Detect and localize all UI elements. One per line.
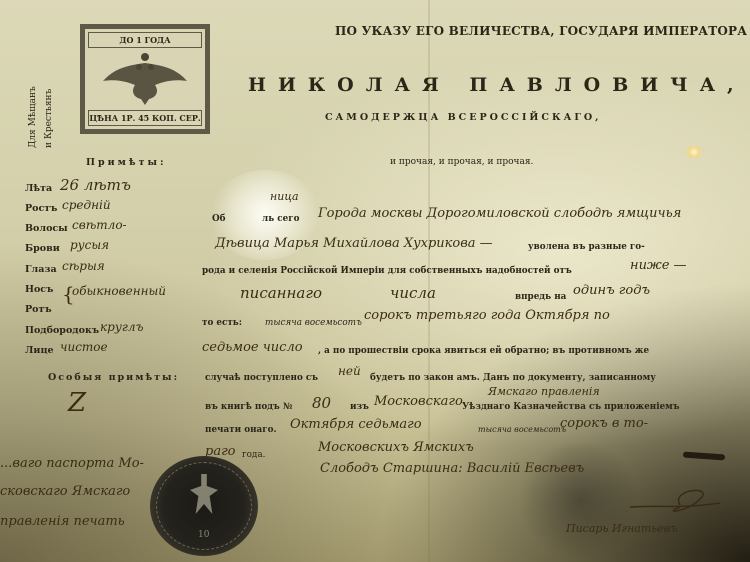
sign-value-age: 26 лѣтъ <box>60 176 131 194</box>
body-print-8c: Уѣзднаго Казначейства съ приложеніемъ <box>462 402 680 412</box>
light-reflection <box>686 146 702 158</box>
body-hand-above-1: ница <box>270 190 299 203</box>
sign-label-face: Лице <box>25 345 54 356</box>
sign-value-face: чистое <box>60 340 108 354</box>
sign-value-hair: свѣтло- <box>72 218 127 232</box>
body-print-1b: ль сего <box>262 214 299 224</box>
body-print-5b: тысяча восемьсотъ <box>265 318 362 328</box>
side-vertical-text: Для Мѣщанъ и Крестьянъ <box>16 40 66 150</box>
signature-flourish-icon <box>620 485 730 521</box>
body-hand-5: сорокъ третьяго года Октября по <box>364 308 610 323</box>
clerk-signature: Писарь Игнатьевъ <box>566 522 678 535</box>
body-print-1a: Об <box>212 214 226 224</box>
emperor-title: САМОДЕРЖЦА ВСЕРОССІЙСКАГО, <box>325 112 601 123</box>
emperor-name: НИКОЛАЯ ПАВЛОВИЧА, <box>248 74 746 96</box>
margin-note-line2: сковскаго Ямскаго <box>0 484 130 499</box>
stamp-price: ЦѢНА 1Р. 45 КОП. СЕР. <box>88 110 202 126</box>
signature-line1: Московскихъ Ямскихъ <box>318 440 474 455</box>
margin-note-line3: правленія печать <box>0 514 125 529</box>
double-headed-eagle-icon <box>101 51 189 105</box>
document-paper: Для Мѣщанъ и Крестьянъ ДО 1 ГОДА ЦѢНА 1Р… <box>0 0 750 562</box>
body-print-2: уволена въ разные го- <box>528 242 645 252</box>
body-hand-3: ниже — <box>630 258 687 273</box>
signs-title: Примѣты: <box>86 157 167 168</box>
body-print-9b: тысяча восемьсотъ <box>478 425 566 434</box>
official-seal-icon: 10 <box>150 456 258 556</box>
body-hand-7: ней <box>338 364 361 378</box>
body-print-8b: изъ <box>350 402 369 412</box>
sign-value-brows: русыя <box>70 238 109 252</box>
signature-line2: Слободъ Старшина: Василій Евсѣевъ <box>320 461 584 476</box>
special-signs-title: Особыя примѣты: <box>48 372 179 383</box>
ink-blot <box>683 452 725 461</box>
body-print-9a: печати онаго. <box>205 425 277 435</box>
body-hand-2: Дѣвица Марья Михайлова Хухрикова — <box>215 236 493 251</box>
body-print-4: впредь на <box>515 292 566 302</box>
body-hand-1: Города москвы Дорогомиловской слободѣ ям… <box>318 206 681 221</box>
body-hand-9: Октября седьмаго <box>290 417 422 432</box>
stamp-duty-box: ДО 1 ГОДА ЦѢНА 1Р. 45 КОП. СЕР. <box>80 24 210 134</box>
body-print-7b: будетъ по закон амъ. Данъ по документу, … <box>370 373 656 383</box>
margin-note-line1: ...ваго паспорта Мо- <box>0 456 144 471</box>
sign-label-chin: Подбородокъ <box>25 325 99 336</box>
body-print-8a: въ книгѣ подъ № <box>205 402 292 412</box>
special-mark: Z <box>68 388 86 418</box>
body-hand-8-num: 80 <box>312 394 331 412</box>
body-print-5a: то есть: <box>202 318 242 328</box>
body-hand-above-8: Ямскаго правленія <box>488 385 600 398</box>
sign-label-height: Ростъ <box>25 203 57 214</box>
body-hand-9b: сорокъ в то- <box>560 416 648 431</box>
body-print-3: рода и селенія Россійской Имперіи для со… <box>202 266 572 276</box>
sign-value-chin: круглъ <box>100 320 144 334</box>
sign-value-height: средній <box>62 198 111 212</box>
body-print-7a: случаѣ поступлено съ <box>205 373 318 383</box>
etcetera-line: и прочая, и прочая, и прочая. <box>390 157 533 167</box>
sign-label-hair: Волосы <box>25 223 68 234</box>
sign-label-eyes: Глаза <box>25 264 57 275</box>
body-hand-4b: числа <box>390 284 436 302</box>
decree-header: ПО УКАЗУ ЕГО ВЕЛИЧЕСТВА, ГОСУДАРЯ ИМПЕРА… <box>335 24 747 38</box>
sign-value-nose-mouth: обыкновенный <box>72 284 166 298</box>
side-text-line2: и Крестьянъ <box>44 89 54 148</box>
body-hand-6: седьмое число <box>202 340 303 355</box>
body-hand-4a: писаннаго <box>240 284 322 302</box>
body-print-6: , а по прошествіи срока явиться ей обрат… <box>318 346 649 356</box>
sign-label-mouth: Ротъ <box>25 304 52 315</box>
body-print-10: года. <box>242 450 265 460</box>
sign-label-age: Лѣта <box>25 183 52 194</box>
sign-value-eyes: сѣрыя <box>62 259 105 273</box>
seal-number: 10 <box>198 530 209 540</box>
body-hand-4c: одинъ годъ <box>573 283 650 298</box>
stamp-term: ДО 1 ГОДА <box>88 32 202 48</box>
side-text-line1: Для Мѣщанъ <box>28 86 38 148</box>
sign-label-nose: Носъ <box>25 284 53 295</box>
body-hand-8b: Московскаго <box>374 394 463 409</box>
sign-label-brows: Брови <box>25 243 60 254</box>
